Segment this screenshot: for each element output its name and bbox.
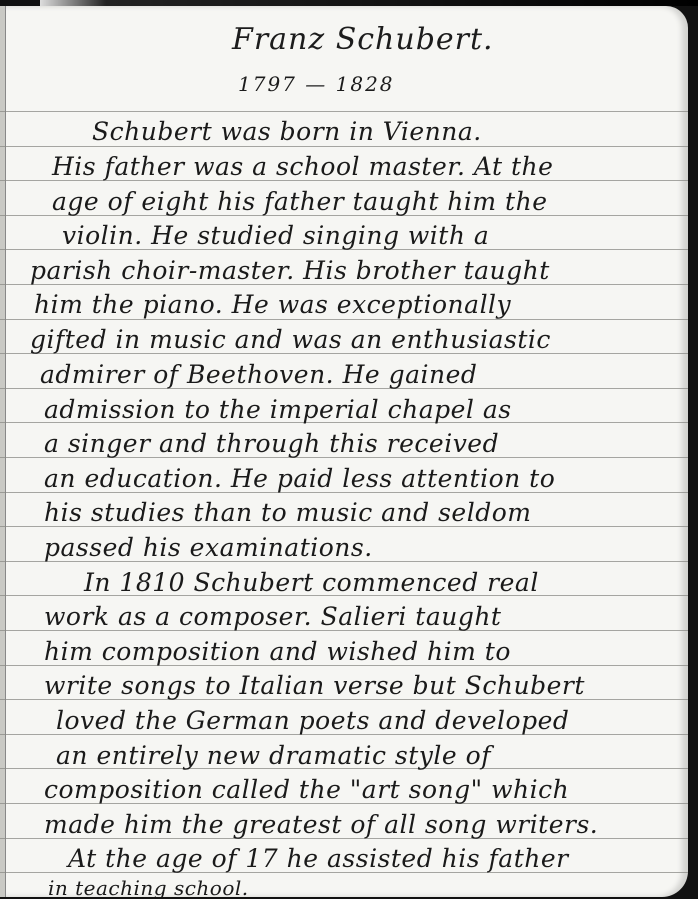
- text-line: work as a composer. Salieri taught: [44, 602, 501, 631]
- text-line: him the piano. He was exceptionally: [34, 290, 511, 319]
- left-binding-edge: [0, 6, 6, 897]
- notebook-page: Franz Schubert. 1797 — 1828 Schubert was…: [0, 6, 688, 897]
- ruled-line: [0, 111, 688, 112]
- text-line: age of eight his father taught him the: [52, 187, 548, 216]
- text-line: loved the German poets and developed: [56, 706, 569, 735]
- page-title: Franz Schubert.: [232, 22, 494, 57]
- text-line: Schubert was born in Vienna.: [92, 117, 482, 146]
- text-line: made him the greatest of all song writer…: [44, 810, 598, 839]
- text-line: admission to the imperial chapel as: [44, 395, 512, 424]
- text-line: write songs to Italian verse but Schuber…: [44, 671, 585, 700]
- text-line: parish choir-master. His brother taught: [30, 256, 550, 285]
- text-line: In 1810 Schubert commenced real: [84, 568, 539, 597]
- text-line: him composition and wished him to: [44, 637, 511, 666]
- text-line: in teaching school.: [48, 876, 249, 897]
- text-line: composition called the "art song" which: [44, 775, 569, 804]
- text-line: an education. He paid less attention to: [44, 464, 555, 493]
- text-line: His father was a school master. At the: [52, 152, 553, 181]
- text-line: a singer and through this received: [44, 429, 499, 458]
- text-line: his studies than to music and seldom: [44, 498, 531, 527]
- life-dates: 1797 — 1828: [238, 72, 395, 96]
- text-line: At the age of 17 he assisted his father: [68, 844, 569, 873]
- text-line: admirer of Beethoven. He gained: [40, 360, 477, 389]
- text-line: an entirely new dramatic style of: [56, 741, 491, 770]
- text-line: gifted in music and was an enthusiastic: [30, 325, 551, 354]
- text-line: violin. He studied singing with a: [62, 221, 489, 250]
- text-line: passed his examinations.: [44, 533, 373, 562]
